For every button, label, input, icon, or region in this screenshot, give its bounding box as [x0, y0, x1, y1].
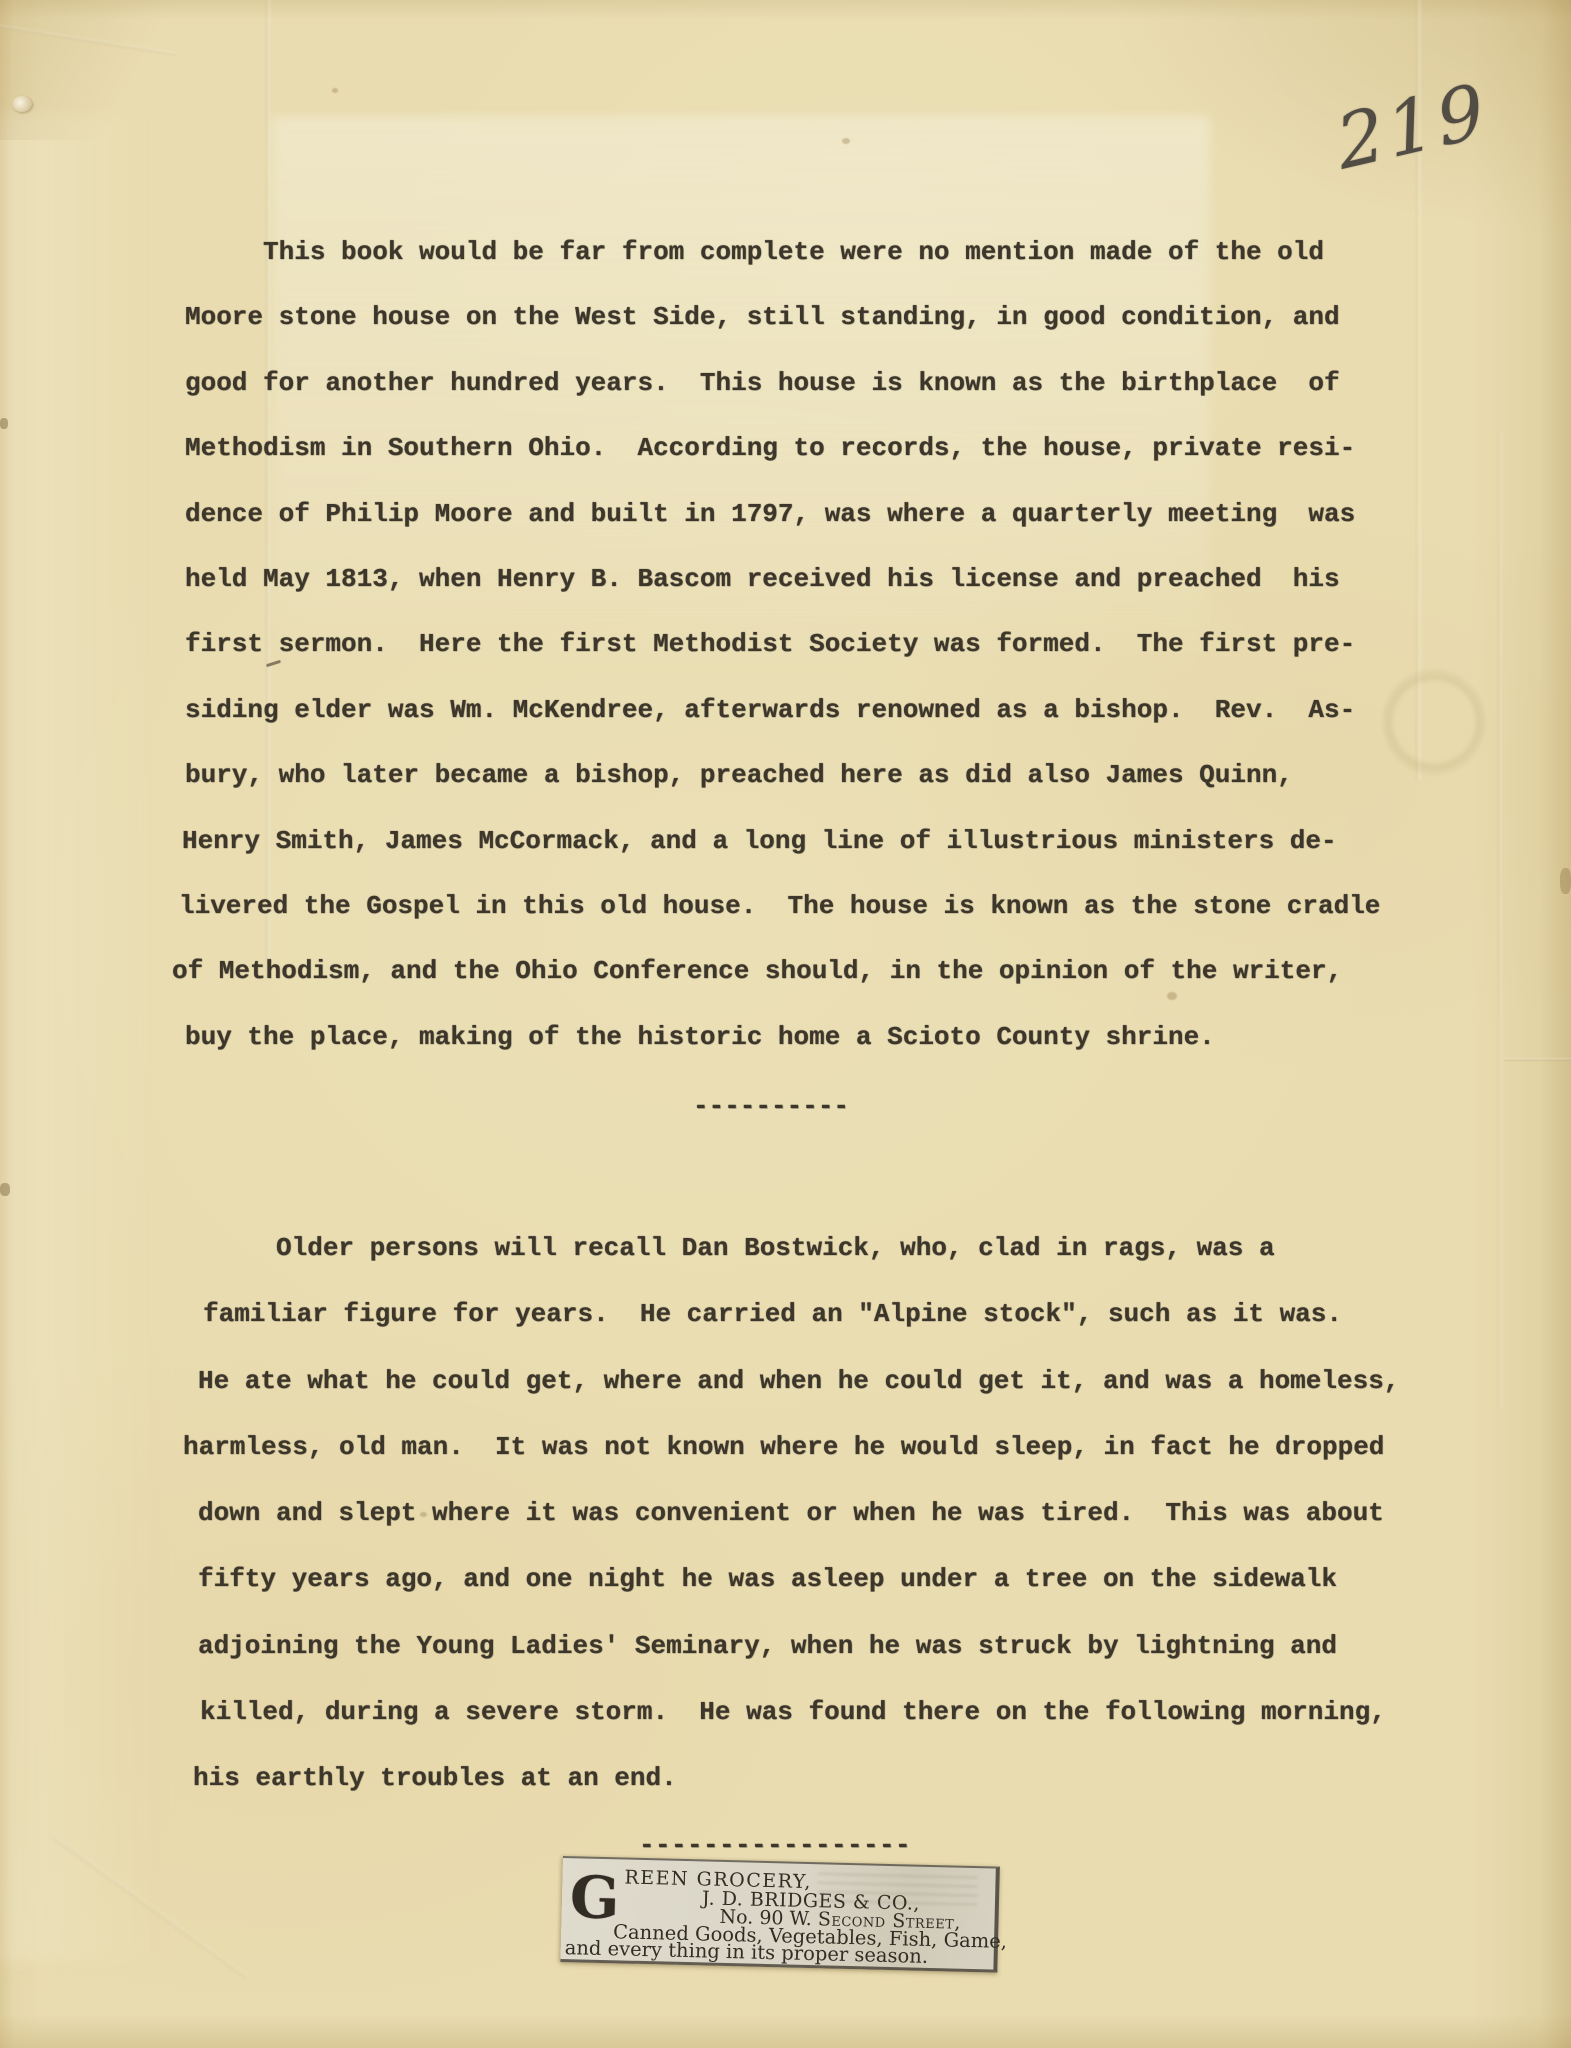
- paper-ring-stain: [1382, 668, 1486, 776]
- typewritten-line: buy the place, making of the historic ho…: [185, 1005, 1380, 1070]
- paper-corner-fold: [0, 0, 210, 140]
- foxing-spot: [842, 138, 850, 144]
- typewritten-line: harmless, old man. It was not known wher…: [183, 1414, 1399, 1480]
- clipping-drop-cap: G: [569, 1868, 620, 1927]
- typewritten-line: dence of Philip Moore and built in 1797,…: [185, 482, 1380, 547]
- paragraph-moore-stone-house: This book would be far from complete wer…: [185, 220, 1380, 1070]
- section-divider: ----------: [693, 1092, 849, 1120]
- typewritten-line: fifty years ago, and one night he was as…: [198, 1546, 1399, 1612]
- typewritten-line: He ate what he could get, where and when…: [198, 1348, 1399, 1414]
- paper-crease-vertical-far-right: [1498, 430, 1503, 1410]
- section-divider: -----------------: [639, 1831, 911, 1859]
- scanned-page: 219 This book would be far from complete…: [0, 0, 1571, 2048]
- typewritten-line: bury, who later became a bishop, preache…: [185, 743, 1380, 808]
- typewritten-line: This book would be far from complete wer…: [185, 220, 1380, 285]
- typewritten-line: Henry Smith, James McCormack, and a long…: [182, 809, 1380, 874]
- typewritten-line: down and slept where it was convenient o…: [198, 1480, 1399, 1546]
- typewritten-line: good for another hundred years. This hou…: [185, 351, 1380, 416]
- paper-crease-bottom-left: [52, 1835, 249, 1979]
- typewritten-line: Methodism in Southern Ohio. According to…: [185, 416, 1380, 481]
- typewritten-line: his earthly troubles at an end.: [193, 1745, 1399, 1811]
- handwritten-page-number: 219: [1331, 67, 1494, 187]
- typewritten-line: of Methodism, and the Ohio Conference sh…: [172, 939, 1380, 1004]
- typewritten-line: livered the Gospel in this old house. Th…: [179, 874, 1380, 939]
- paper-left-light-strip: [0, 112, 165, 1962]
- typewritten-line: held May 1813, when Henry B. Bascom rece…: [185, 547, 1380, 612]
- foxing-spot: [332, 88, 338, 93]
- paragraph-dan-bostwick: Older persons will recall Dan Bostwick, …: [198, 1215, 1399, 1812]
- paper-blemish: [12, 96, 32, 112]
- typewritten-line: familiar figure for years. He carried an…: [203, 1281, 1399, 1347]
- typewritten-line: Moore stone house on the West Side, stil…: [185, 285, 1380, 350]
- paper-edge-nick: [0, 1183, 10, 1196]
- paper-edge-nick: [0, 418, 8, 429]
- typewritten-line: Older persons will recall Dan Bostwick, …: [198, 1215, 1399, 1281]
- paper-edge-tear: [1560, 868, 1571, 894]
- typewritten-line: first sermon. Here the first Methodist S…: [185, 612, 1380, 677]
- paper-crease-top-left: [0, 23, 177, 56]
- typewritten-line: killed, during a severe storm. He was fo…: [200, 1679, 1399, 1745]
- typewritten-line: adjoining the Young Ladies' Seminary, wh…: [198, 1613, 1399, 1679]
- typewritten-line: siding elder was Wm. McKendree, afterwar…: [185, 678, 1380, 743]
- newspaper-clipping: G REEN GROCERY, J. D. BRIDGES & CO., No.…: [560, 1856, 999, 1973]
- paper-crease-right-edge: [1505, 1058, 1571, 1061]
